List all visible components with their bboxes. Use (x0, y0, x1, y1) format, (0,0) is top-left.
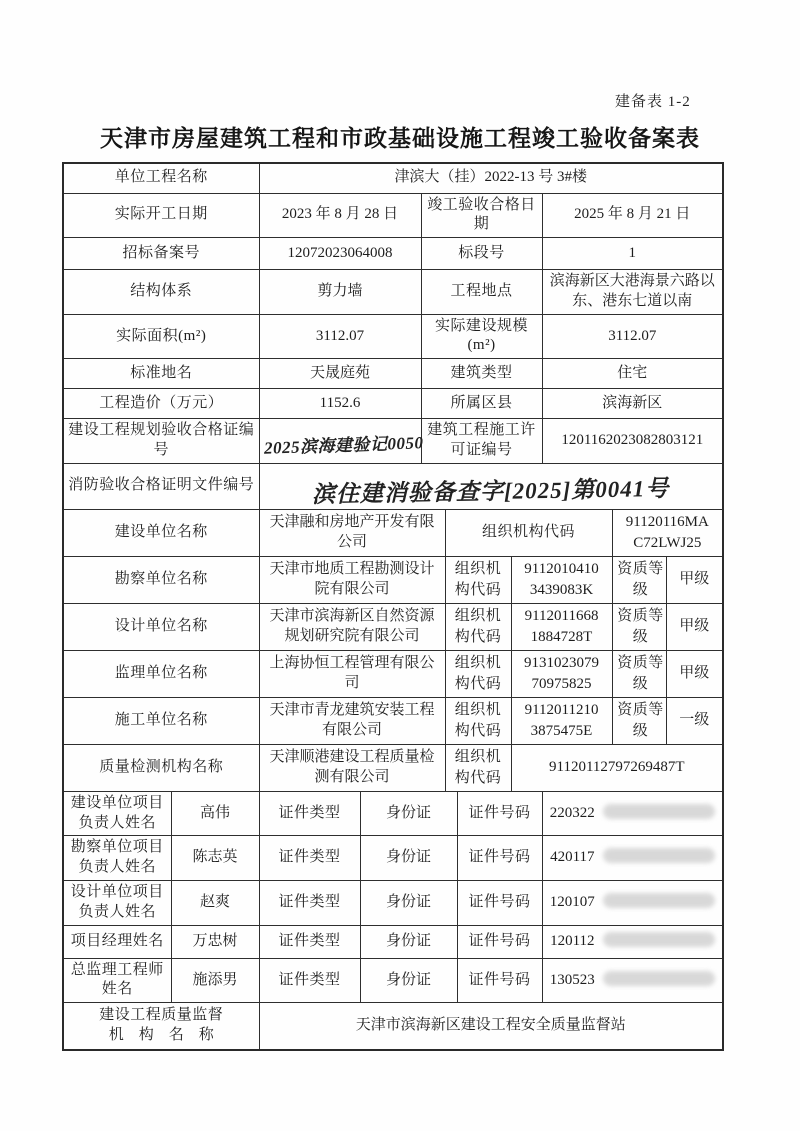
table-row: 标准地名 天晟庭苑 建筑类型 住宅 (63, 359, 723, 389)
project-cost-label: 工程造价（万元） (63, 389, 259, 419)
supervisor-qualification-label: 资质等级 (612, 650, 666, 697)
table-row: 工程造价（万元） 1152.6 所属区县 滨海新区 (63, 389, 723, 419)
design-manager-id: 120107 (542, 881, 723, 926)
table-row: 结构体系 剪力墙 工程地点 滨海新区大港海景六路以东、港东七道以南 (63, 270, 723, 315)
contractor-org-code-value: 91120112103875475E (511, 697, 612, 744)
project-location-label: 工程地点 (421, 270, 542, 315)
construction-permit-label: 建筑工程施工许可证编号 (421, 419, 542, 464)
table-row: 施工单位名称 天津市青龙建筑安装工程有限公司 组织机构代码 9112011210… (63, 697, 723, 744)
doc-type-value: 身份证 (360, 925, 457, 958)
start-date-value: 2023 年 8 月 28 日 (259, 193, 421, 238)
survey-manager-name: 陈志英 (171, 836, 259, 881)
fire-cert-value: 滨住建消验备查字[2025]第0041号 (259, 463, 723, 509)
doc-type-label: 证件类型 (259, 925, 360, 958)
table-row: 质量检测机构名称 天津顺港建设工程质量检测有限公司 组织机构代码 9112011… (63, 744, 723, 791)
contractor-company: 天津市青龙建筑安装工程有限公司 (259, 697, 445, 744)
table-row: 勘察单位项目负责人姓名 陈志英 证件类型 身份证 证件号码 420117 (63, 836, 723, 881)
supervisor-org-code-value: 913102307970975825 (511, 650, 612, 697)
scanned-form-page: 建备表 1-2 天津市房屋建筑工程和市政基础设施工程竣工验收备案表 单位工程名称… (0, 0, 800, 1131)
contractor-org-code-label: 组织机构代码 (445, 697, 511, 744)
bid-record-value: 12072023064008 (259, 238, 421, 270)
doc-type-value: 身份证 (360, 836, 457, 881)
planning-cert-value: 2025滨海建验记0050 (259, 419, 421, 464)
redaction-blur (603, 848, 715, 863)
handwritten-planning-cert: 2025滨海建验记0050 (263, 432, 423, 460)
design-manager-label: 设计单位项目负责人姓名 (63, 881, 171, 926)
developer-manager-id: 220322 (542, 791, 723, 836)
redaction-blur (603, 932, 715, 947)
structure-system-label: 结构体系 (63, 270, 259, 315)
doc-no-label: 证件号码 (457, 925, 542, 958)
doc-no-label: 证件号码 (457, 881, 542, 926)
developer-org-code-label: 组织机构代码 (445, 509, 612, 556)
testing-agency-label: 质量检测机构名称 (63, 744, 259, 791)
survey-manager-id: 420117 (542, 836, 723, 881)
start-date-label: 实际开工日期 (63, 193, 259, 238)
design-company: 天津市滨海新区自然资源规划研究院有限公司 (259, 603, 445, 650)
table-row: 建设单位项目负责人姓名 高伟 证件类型 身份证 证件号码 220322 (63, 791, 723, 836)
page-title: 天津市房屋建筑工程和市政基础设施工程竣工验收备案表 (0, 120, 800, 153)
district-value: 滨海新区 (542, 389, 723, 419)
table-row: 建设单位名称 天津融和房地产开发有限公司 组织机构代码 91120116MAC7… (63, 509, 723, 556)
table-row: 总监理工程师姓名 施添男 证件类型 身份证 证件号码 130523 (63, 958, 723, 1003)
doc-type-label: 证件类型 (259, 881, 360, 926)
doc-type-label: 证件类型 (259, 836, 360, 881)
developer-label: 建设单位名称 (63, 509, 259, 556)
survey-company: 天津市地质工程勘测设计院有限公司 (259, 556, 445, 603)
fire-cert-label: 消防验收合格证明文件编号 (63, 463, 259, 509)
actual-scale-label: 实际建设规模(m²) (421, 314, 542, 359)
developer-manager-label: 建设单位项目负责人姓名 (63, 791, 171, 836)
section-no-label: 标段号 (421, 238, 542, 270)
table-row: 勘察单位名称 天津市地质工程勘测设计院有限公司 组织机构代码 911201041… (63, 556, 723, 603)
survey-org-code-value: 91120104103439083K (511, 556, 612, 603)
design-org-code-value: 91120116681884728T (511, 603, 612, 650)
testing-agency-company: 天津顺港建设工程质量检测有限公司 (259, 744, 445, 791)
survey-label: 勘察单位名称 (63, 556, 259, 603)
chief-supervisor-label: 总监理工程师姓名 (63, 958, 171, 1003)
design-label: 设计单位名称 (63, 603, 259, 650)
design-grade: 甲级 (666, 603, 723, 650)
survey-qualification-label: 资质等级 (612, 556, 666, 603)
building-type-label: 建筑类型 (421, 359, 542, 389)
chief-supervisor-name: 施添男 (171, 958, 259, 1003)
testing-agency-org-code-label: 组织机构代码 (445, 744, 511, 791)
chief-supervisor-id: 130523 (542, 958, 723, 1003)
redaction-blur (603, 971, 715, 986)
standard-place-label: 标准地名 (63, 359, 259, 389)
contractor-label: 施工单位名称 (63, 697, 259, 744)
supervisor-grade: 甲级 (666, 650, 723, 697)
completion-date-label: 竣工验收合格日期 (421, 193, 542, 238)
project-manager-id: 120112 (542, 925, 723, 958)
table-row: 设计单位名称 天津市滨海新区自然资源规划研究院有限公司 组织机构代码 91120… (63, 603, 723, 650)
contractor-qualification-label: 资质等级 (612, 697, 666, 744)
developer-company: 天津融和房地产开发有限公司 (259, 509, 445, 556)
table-row: 监理单位名称 上海协恒工程管理有限公司 组织机构代码 9131023079709… (63, 650, 723, 697)
section-no-value: 1 (542, 238, 723, 270)
table-row: 设计单位项目负责人姓名 赵爽 证件类型 身份证 证件号码 120107 (63, 881, 723, 926)
doc-no-label: 证件号码 (457, 836, 542, 881)
survey-manager-label: 勘察单位项目负责人姓名 (63, 836, 171, 881)
supervisor-company: 上海协恒工程管理有限公司 (259, 650, 445, 697)
redaction-blur (603, 893, 715, 908)
supervisor-org-code-label: 组织机构代码 (445, 650, 511, 697)
project-manager-label: 项目经理姓名 (63, 925, 171, 958)
survey-org-code-label: 组织机构代码 (445, 556, 511, 603)
doc-type-value: 身份证 (360, 881, 457, 926)
unit-project-label: 单位工程名称 (63, 163, 259, 193)
planning-cert-label: 建设工程规划验收合格证编号 (63, 419, 259, 464)
table-row: 建设工程规划验收合格证编号 2025滨海建验记0050 建筑工程施工许可证编号 … (63, 419, 723, 464)
doc-no-label: 证件号码 (457, 791, 542, 836)
table-row: 实际开工日期 2023 年 8 月 28 日 竣工验收合格日期 2025 年 8… (63, 193, 723, 238)
unit-project-value: 津滨大（挂）2022-13 号 3#楼 (259, 163, 723, 193)
redaction-blur (603, 804, 715, 819)
bid-record-label: 招标备案号 (63, 238, 259, 270)
supervisor-label: 监理单位名称 (63, 650, 259, 697)
testing-agency-org-code-value: 91120112797269487T (511, 744, 723, 791)
table-row: 单位工程名称 津滨大（挂）2022-13 号 3#楼 (63, 163, 723, 193)
design-org-code-label: 组织机构代码 (445, 603, 511, 650)
design-qualification-label: 资质等级 (612, 603, 666, 650)
doc-no-label: 证件号码 (457, 958, 542, 1003)
project-manager-name: 万忠树 (171, 925, 259, 958)
standard-place-value: 天晟庭苑 (259, 359, 421, 389)
actual-area-value: 3112.07 (259, 314, 421, 359)
doc-type-value: 身份证 (360, 958, 457, 1003)
table-row: 消防验收合格证明文件编号 滨住建消验备查字[2025]第0041号 (63, 463, 723, 509)
table-row: 项目经理姓名 万忠树 证件类型 身份证 证件号码 120112 (63, 925, 723, 958)
building-type-value: 住宅 (542, 359, 723, 389)
doc-type-label: 证件类型 (259, 791, 360, 836)
quality-supervision-agency-value: 天津市滨海新区建设工程安全质量监督站 (259, 1003, 723, 1050)
district-label: 所属区县 (421, 389, 542, 419)
design-manager-name: 赵爽 (171, 881, 259, 926)
table-row: 招标备案号 12072023064008 标段号 1 (63, 238, 723, 270)
form-code: 建备表 1-2 (615, 90, 691, 111)
project-location-value: 滨海新区大港海景六路以东、港东七道以南 (542, 270, 723, 315)
construction-permit-value: 1201162023082803121 (542, 419, 723, 464)
handwritten-fire-cert: 滨住建消验备查字[2025]第0041号 (312, 474, 670, 511)
actual-scale-value: 3112.07 (542, 314, 723, 359)
quality-supervision-agency-label: 建设工程质量监督 机 构 名 称 (63, 1003, 259, 1050)
doc-type-value: 身份证 (360, 791, 457, 836)
table-row: 实际面积(m²) 3112.07 实际建设规模(m²) 3112.07 (63, 314, 723, 359)
completion-date-value: 2025 年 8 月 21 日 (542, 193, 723, 238)
doc-type-label: 证件类型 (259, 958, 360, 1003)
contractor-grade: 一级 (666, 697, 723, 744)
table-row: 建设工程质量监督 机 构 名 称 天津市滨海新区建设工程安全质量监督站 (63, 1003, 723, 1050)
survey-grade: 甲级 (666, 556, 723, 603)
filing-form-table: 单位工程名称 津滨大（挂）2022-13 号 3#楼 实际开工日期 2023 年… (62, 162, 724, 1051)
structure-system-value: 剪力墙 (259, 270, 421, 315)
developer-manager-name: 高伟 (171, 791, 259, 836)
project-cost-value: 1152.6 (259, 389, 421, 419)
actual-area-label: 实际面积(m²) (63, 314, 259, 359)
developer-org-code-value: 91120116MAC72LWJ25 (612, 509, 723, 556)
